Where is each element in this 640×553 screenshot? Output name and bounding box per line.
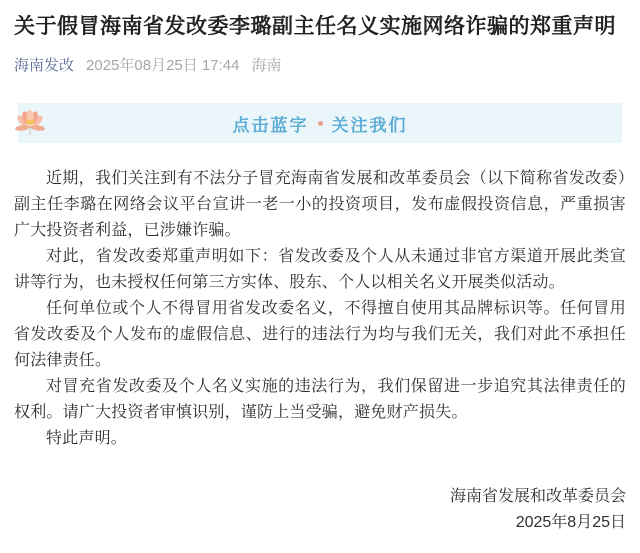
article-title: 关于假冒海南省发改委李璐副主任名义实施网络诈骗的郑重声明 (14, 12, 626, 42)
body-paragraph: 近期，我们关注到有不法分子冒充海南省发展和改革委员会（以下简称省发改委）副主任李… (14, 166, 626, 244)
account-name-link[interactable]: 海南发改 (14, 55, 74, 76)
follow-banner[interactable]: 点击蓝字 关注我们 (18, 103, 622, 143)
banner-dot-icon (318, 121, 323, 126)
body-paragraph: 对冒充省发改委及个人名义实施的违法行为，我们保留进一步追究其法律责任的权利。请广… (14, 374, 626, 426)
byline: 海南发改 2025年08月25日 17:44 海南 (14, 55, 626, 76)
banner-right-text: 关注我们 (332, 111, 408, 136)
signature-block: 海南省发展和改革委员会 2025年8月25日 (14, 484, 626, 536)
body-paragraph: 对此，省发改委郑重声明如下：省发改委及个人从未通过非官方渠道开展此类宣讲等行为，… (14, 244, 626, 296)
body-paragraph: 任何单位或个人不得冒用省发改委名义，不得擅自使用其品牌标识等。任何冒用省发改委及… (14, 296, 626, 374)
signature-date: 2025年8月25日 (14, 510, 626, 536)
signature-org: 海南省发展和改革委员会 (14, 484, 626, 510)
publish-location: 海南 (251, 55, 281, 76)
article-page: 关于假冒海南省发改委李璐副主任名义实施网络诈骗的郑重声明 海南发改 2025年0… (0, 0, 640, 553)
publish-datetime: 2025年08月25日 17:44 (86, 55, 239, 76)
body-paragraph: 特此声明。 (14, 426, 626, 452)
article-body: 近期，我们关注到有不法分子冒充海南省发展和改革委员会（以下简称省发改委）副主任李… (14, 166, 626, 452)
banner-left-text: 点击蓝字 (233, 111, 309, 136)
banner-text: 点击蓝字 关注我们 (233, 111, 408, 136)
lotus-flower-icon (13, 107, 47, 137)
